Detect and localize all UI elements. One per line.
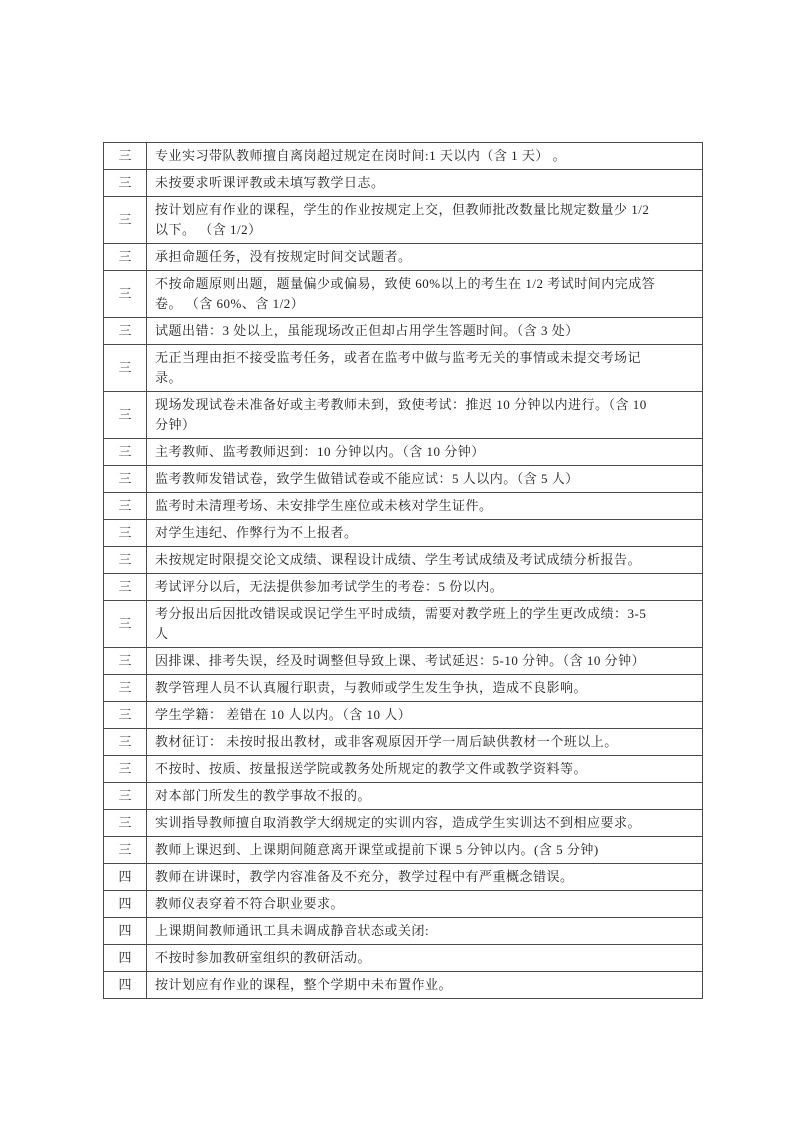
description-cell: 未按要求听课评教或未填写教学日志。 [147, 170, 703, 197]
description-cell: 不按时参加教研室组织的教研活动。 [147, 945, 703, 972]
table-row: 三 承担命题任务，没有按规定时间交试题者。 [104, 244, 703, 271]
table-row: 三 不按命题原则出题，题量偏少或偏易，致使 60%以上的考生在 1/2 考试时间… [104, 271, 703, 318]
grade-cell: 三 [104, 783, 147, 810]
grade-cell: 三 [104, 837, 147, 864]
table-row: 三 因排课、排考失误，经及时调整但导致上课、考试延迟：5-10 分钟。（含 10… [104, 648, 703, 675]
grade-cell: 三 [104, 547, 147, 574]
table-row: 四 教师在讲课时，教学内容准备及不充分，教学过程中有严重概念错误。 [104, 864, 703, 891]
table-row: 三 教材征订： 未按时报出教材，或非客观原因开学一周后缺供教材一个班以上。 [104, 729, 703, 756]
grade-cell: 三 [104, 345, 147, 392]
description-cell: 考分报出后因批改错误或误记学生平时成绩，需要对教学班上的学生更改成绩：3-5 人 [147, 601, 703, 648]
description-cell: 实训指导教师擅自取消教学大纲规定的实训内容，造成学生实训达不到相应要求。 [147, 810, 703, 837]
description-cell: 考试评分以后，无法提供参加考试学生的考卷：5 份以内。 [147, 574, 703, 601]
grade-cell: 三 [104, 648, 147, 675]
grade-cell: 三 [104, 702, 147, 729]
description-cell: 学生学籍： 差错在 10 人以内。（含 10 人） [147, 702, 703, 729]
table-row: 四 上课期间教师通讯工具未调成静音状态或关闭: [104, 918, 703, 945]
grade-cell: 三 [104, 143, 147, 170]
grade-cell: 三 [104, 392, 147, 439]
description-cell: 因排课、排考失误，经及时调整但导致上课、考试延迟：5-10 分钟。（含 10 分… [147, 648, 703, 675]
description-cell: 教师上课迟到、上课期间随意离开课堂或提前下课 5 分钟以内。(含 5 分钟) [147, 837, 703, 864]
grade-cell: 三 [104, 318, 147, 345]
table-row: 三 考试评分以后，无法提供参加考试学生的考卷：5 份以内。 [104, 574, 703, 601]
grade-cell: 三 [104, 244, 147, 271]
table-row: 三 未按要求听课评教或未填写教学日志。 [104, 170, 703, 197]
table-row: 三 现场发现试卷未准备好或主考教师未到，致使考试：推迟 10 分钟以内进行。（含… [104, 392, 703, 439]
grade-cell: 三 [104, 756, 147, 783]
description-cell: 对本部门所发生的教学事故不报的。 [147, 783, 703, 810]
grade-cell: 四 [104, 891, 147, 918]
description-cell: 承担命题任务，没有按规定时间交试题者。 [147, 244, 703, 271]
table-row: 三 考分报出后因批改错误或误记学生平时成绩，需要对教学班上的学生更改成绩：3-5… [104, 601, 703, 648]
description-cell: 现场发现试卷未准备好或主考教师未到，致使考试：推迟 10 分钟以内进行。（含 1… [147, 392, 703, 439]
description-cell: 教师在讲课时，教学内容准备及不充分，教学过程中有严重概念错误。 [147, 864, 703, 891]
description-cell: 无正当理由拒不接受监考任务，或者在监考中做与监考无关的事情或未提交考场记 录。 [147, 345, 703, 392]
description-cell: 试题出错：3 处以上，虽能现场改正但却占用学生答题时间。（含 3 处） [147, 318, 703, 345]
grade-cell: 三 [104, 601, 147, 648]
description-cell: 按计划应有作业的课程，学生的作业按规定上交，但教师批改数量比规定数量少 1/2 … [147, 197, 703, 244]
grade-cell: 三 [104, 520, 147, 547]
description-cell: 教学管理人员不认真履行职责，与教师或学生发生争执，造成不良影响。 [147, 675, 703, 702]
description-cell: 未按规定时限提交论文成绩、课程设计成绩、学生考试成绩及考试成绩分析报告。 [147, 547, 703, 574]
description-cell: 对学生违纪、作弊行为不上报者。 [147, 520, 703, 547]
table-row: 三 学生学籍： 差错在 10 人以内。（含 10 人） [104, 702, 703, 729]
table-row: 三 对本部门所发生的教学事故不报的。 [104, 783, 703, 810]
grade-cell: 三 [104, 574, 147, 601]
accident-table-body: 三 专业实习带队教师擅自离岗超过规定在岗时间:1 天以内（含 1 天） 。 三 … [104, 143, 703, 999]
grade-cell: 三 [104, 439, 147, 466]
table-row: 四 教师仪表穿着不符合职业要求。 [104, 891, 703, 918]
grade-cell: 四 [104, 945, 147, 972]
table-row: 三 试题出错：3 处以上，虽能现场改正但却占用学生答题时间。（含 3 处） [104, 318, 703, 345]
table-row: 四 按计划应有作业的课程，整个学期中未布置作业。 [104, 972, 703, 999]
description-cell: 不按时、按质、按量报送学院或教务处所规定的教学文件或教学资料等。 [147, 756, 703, 783]
table-row: 三 监考教师发错试卷，致学生做错试卷或不能应试：5 人以内。（含 5 人） [104, 466, 703, 493]
description-cell: 教师仪表穿着不符合职业要求。 [147, 891, 703, 918]
table-row: 三 对学生违纪、作弊行为不上报者。 [104, 520, 703, 547]
grade-cell: 三 [104, 493, 147, 520]
document-page: 三 专业实习带队教师擅自离岗超过规定在岗时间:1 天以内（含 1 天） 。 三 … [0, 0, 793, 1122]
description-cell: 监考时未清理考场、未安排学生座位或未核对学生证件。 [147, 493, 703, 520]
grade-cell: 三 [104, 271, 147, 318]
description-cell: 专业实习带队教师擅自离岗超过规定在岗时间:1 天以内（含 1 天） 。 [147, 143, 703, 170]
description-cell: 上课期间教师通讯工具未调成静音状态或关闭: [147, 918, 703, 945]
table-row: 三 教师上课迟到、上课期间随意离开课堂或提前下课 5 分钟以内。(含 5 分钟) [104, 837, 703, 864]
grade-cell: 四 [104, 918, 147, 945]
table-row: 三 不按时、按质、按量报送学院或教务处所规定的教学文件或教学资料等。 [104, 756, 703, 783]
description-cell: 教材征订： 未按时报出教材，或非客观原因开学一周后缺供教材一个班以上。 [147, 729, 703, 756]
table-row: 三 未按规定时限提交论文成绩、课程设计成绩、学生考试成绩及考试成绩分析报告。 [104, 547, 703, 574]
grade-cell: 三 [104, 197, 147, 244]
table-row: 三 专业实习带队教师擅自离岗超过规定在岗时间:1 天以内（含 1 天） 。 [104, 143, 703, 170]
grade-cell: 三 [104, 170, 147, 197]
table-row: 三 无正当理由拒不接受监考任务，或者在监考中做与监考无关的事情或未提交考场记 录… [104, 345, 703, 392]
grade-cell: 四 [104, 972, 147, 999]
table-row: 三 教学管理人员不认真履行职责，与教师或学生发生争执，造成不良影响。 [104, 675, 703, 702]
grade-cell: 三 [104, 810, 147, 837]
grade-cell: 四 [104, 864, 147, 891]
grade-cell: 三 [104, 675, 147, 702]
table-row: 三 实训指导教师擅自取消教学大纲规定的实训内容，造成学生实训达不到相应要求。 [104, 810, 703, 837]
table-row: 三 监考时未清理考场、未安排学生座位或未核对学生证件。 [104, 493, 703, 520]
table-row: 三 按计划应有作业的课程，学生的作业按规定上交，但教师批改数量比规定数量少 1/… [104, 197, 703, 244]
teaching-accident-table: 三 专业实习带队教师擅自离岗超过规定在岗时间:1 天以内（含 1 天） 。 三 … [103, 142, 703, 999]
table-row: 三 主考教师、监考教师迟到：10 分钟以内。（含 10 分钟） [104, 439, 703, 466]
description-cell: 主考教师、监考教师迟到：10 分钟以内。（含 10 分钟） [147, 439, 703, 466]
description-cell: 不按命题原则出题，题量偏少或偏易，致使 60%以上的考生在 1/2 考试时间内完… [147, 271, 703, 318]
description-cell: 按计划应有作业的课程，整个学期中未布置作业。 [147, 972, 703, 999]
grade-cell: 三 [104, 466, 147, 493]
grade-cell: 三 [104, 729, 147, 756]
description-cell: 监考教师发错试卷，致学生做错试卷或不能应试：5 人以内。（含 5 人） [147, 466, 703, 493]
table-row: 四 不按时参加教研室组织的教研活动。 [104, 945, 703, 972]
